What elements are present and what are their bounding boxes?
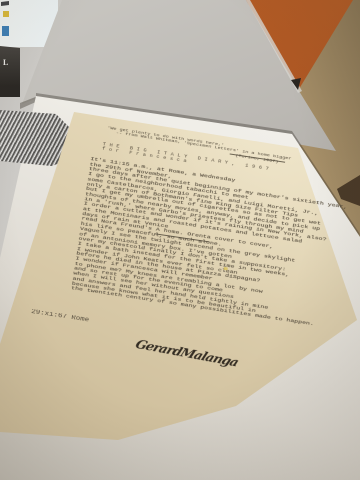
poem-body-text: It's 11:15 a.m., at Rome, a Wednesday th…	[71, 157, 352, 330]
poem-body: It's 11:15 a.m., at Rome, a Wednesday th…	[70, 157, 352, 336]
correction-speck	[224, 267, 228, 271]
photograph-of-typed-letter: L 'We get plenty to do with words here,'…	[0, 0, 360, 480]
typed-text-block: 'We get plenty to do with words here,' -…	[27, 119, 356, 382]
equipment-label: L	[3, 58, 8, 67]
